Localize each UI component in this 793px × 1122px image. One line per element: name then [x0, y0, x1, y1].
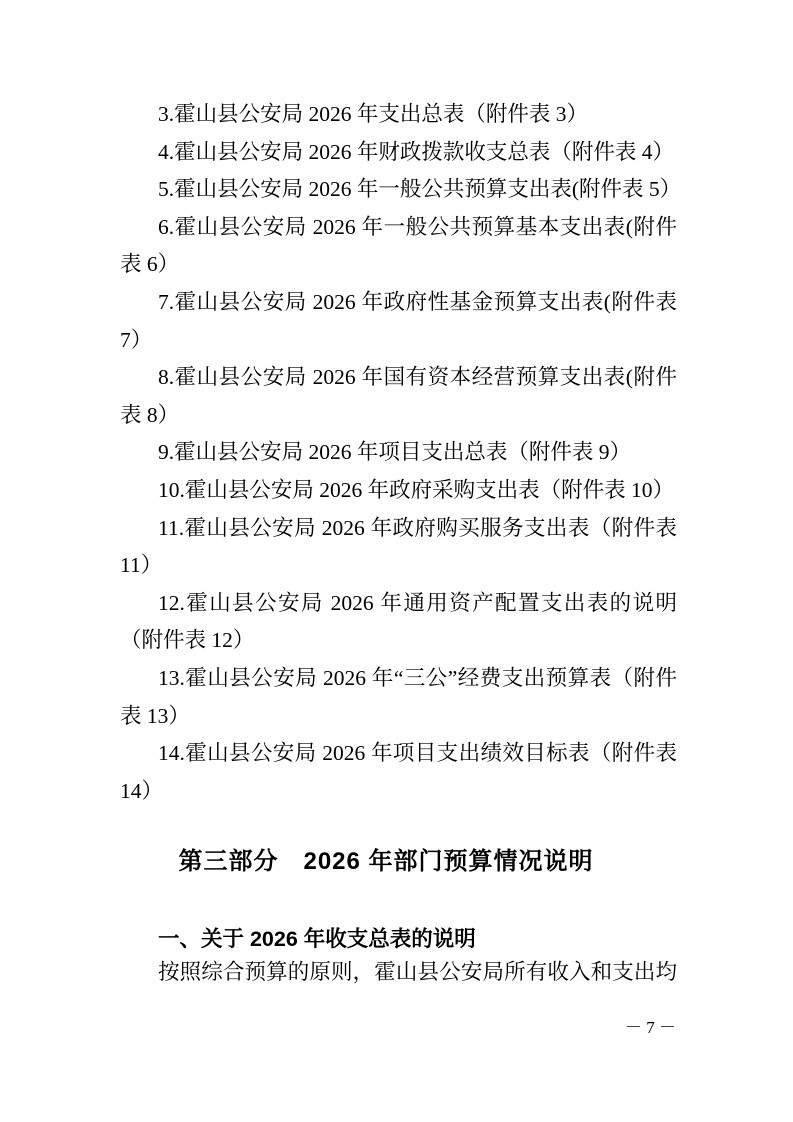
list-line-continuation: 表 8） [120, 397, 677, 435]
list-line-continuation: （附件表 12） [120, 622, 677, 660]
list-line: 10.霍山县公安局 2026 年政府采购支出表（附件表 10） [120, 472, 677, 510]
subsection-heading: 一、关于 2026 年收支总表的说明 [120, 921, 677, 958]
document-page: 3.霍山县公安局 2026 年支出总表（附件表 3） 4.霍山县公安局 2026… [0, 0, 793, 1122]
list-line-continuation: 表 6） [120, 246, 677, 284]
list-line: 3.霍山县公安局 2026 年支出总表（附件表 3） [120, 96, 677, 134]
list-line-continuation: 表 13） [120, 698, 677, 736]
list-line: 13.霍山县公安局 2026 年“三公”经费支出预算表（附件 [120, 660, 677, 698]
list-line: 5.霍山县公安局 2026 年一般公共预算支出表(附件表 5） [120, 171, 677, 209]
section-title: 第三部分 2026 年部门预算情况说明 [120, 842, 652, 882]
list-line: 6.霍山县公安局 2026 年一般公共预算基本支出表(附件 [120, 209, 677, 247]
list-line: 11.霍山县公安局 2026 年政府购买服务支出表（附件表 [120, 510, 677, 548]
list-line: 7.霍山县公安局 2026 年政府性基金预算支出表(附件表 [120, 284, 677, 322]
page-number: － 7 － [625, 1018, 676, 1038]
list-line-continuation: 11） [120, 547, 677, 585]
list-line: 4.霍山县公安局 2026 年财政拨款收支总表（附件表 4） [120, 134, 677, 172]
attachment-list: 3.霍山县公安局 2026 年支出总表（附件表 3） 4.霍山县公安局 2026… [120, 96, 677, 810]
list-line-continuation: 14） [120, 773, 677, 811]
list-line-continuation: 7） [120, 322, 677, 360]
list-line: 12.霍山县公安局 2026 年通用资产配置支出表的说明 [120, 585, 677, 623]
list-line: 14.霍山县公安局 2026 年项目支出绩效目标表（附件表 [120, 735, 677, 773]
list-line: 9.霍山县公安局 2026 年项目支出总表（附件表 9） [120, 434, 677, 472]
list-line: 8.霍山县公安局 2026 年国有资本经营预算支出表(附件 [120, 359, 677, 397]
paragraph-first-line: 按照综合预算的原则，霍山县公安局所有收入和支出均 [120, 954, 677, 991]
